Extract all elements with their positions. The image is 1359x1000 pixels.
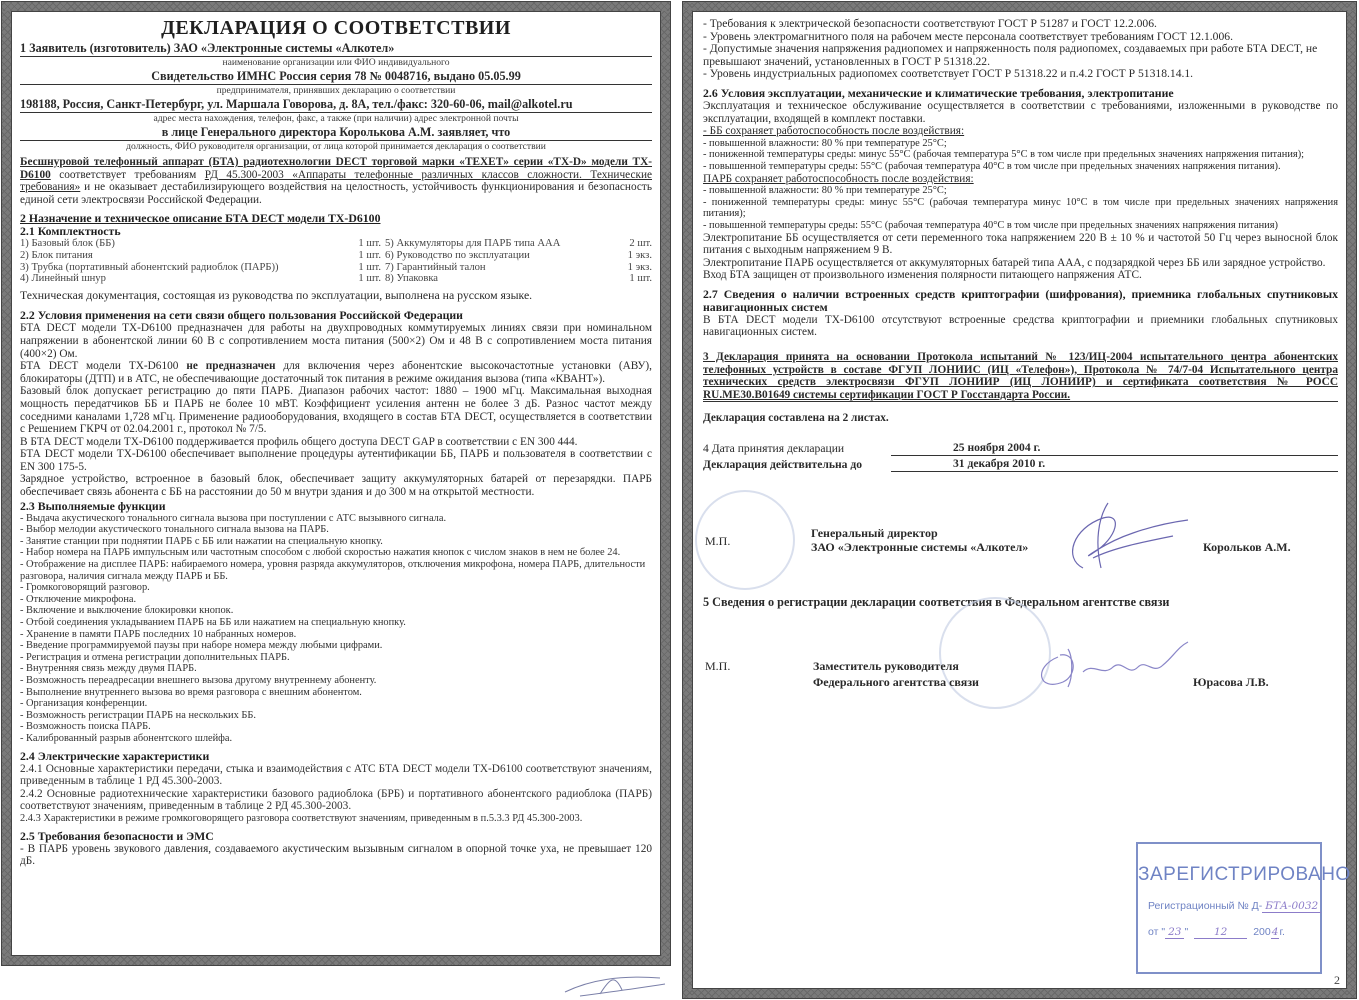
stamp-reg-line: Регистрационный № Д-БТА-0032 — [1148, 900, 1320, 912]
stamp-day: 23 — [1165, 926, 1184, 939]
valid-until-row: Декларация действительна до 31 декабря 2… — [703, 457, 1338, 472]
s25-continued: - Требования к электрической безопасност… — [703, 18, 1338, 31]
director-line: в лице Генерального директора Королькова… — [20, 125, 652, 141]
stamp-reg-label: Регистрационный № Д- — [1148, 900, 1262, 912]
function-item: - Отключение микрофона. — [20, 594, 652, 606]
kit-item: 6) Руководство по эксплуатации — [385, 250, 615, 262]
kit-table: 1) Базовый блок (ББ)1 шт. 5) Аккумулятор… — [20, 238, 652, 284]
kit-qty: 2 шт. — [619, 238, 652, 250]
caption-entrepreneur: предпринимателя, принявших декларацию о … — [20, 85, 652, 97]
signer-2-org: Федерального агентства связи — [813, 675, 979, 689]
kit-qty: 1 шт. — [619, 273, 652, 285]
bb-item: - пониженной температуры среды: минус 55… — [703, 149, 1338, 161]
function-item: - Внутренняя связь между двумя ПАРБ. — [20, 663, 652, 675]
tech-doc-note: Техническая документация, состоящая из р… — [20, 289, 652, 302]
section-2-6-title: 2.6 Условия эксплуатации, механические и… — [703, 87, 1338, 100]
function-item: - Выдача акустического тонального сигнал… — [20, 513, 652, 525]
applicant-signature-block: М.П. Генеральный директор ЗАО «Электронн… — [703, 520, 1338, 576]
function-item: - Возможность поиска ПАРБ. — [20, 721, 652, 733]
signer-2-name: Юрасова Л.В. — [1193, 675, 1269, 689]
power-paragraph: Электропитание ПАРБ осуществляется от ак… — [703, 257, 1338, 270]
s22-paragraph: БТА DECT модели TX-D6100 не предназначен… — [20, 360, 652, 385]
document-title: ДЕКЛАРАЦИЯ О СООТВЕТСТВИИ — [20, 16, 652, 40]
s22-paragraph: БТА DECT модели TX-D6100 предназначен дл… — [20, 322, 652, 360]
section-2-2-title: 2.2 Условия применения на сети связи общ… — [20, 309, 652, 322]
section-3-text: 3 Декларация принята на основании Проток… — [703, 351, 1338, 402]
signer-1-name: Корольков А.М. — [1203, 540, 1291, 554]
stamp-year-prefix: 200 — [1253, 926, 1271, 938]
stamp-title: ЗАРЕГИСТРИРОВАНО — [1138, 864, 1320, 886]
stamp-year-suffix: г. — [1279, 926, 1284, 938]
stamp-date-prefix: от " — [1148, 926, 1165, 938]
function-item: - Отображение на дисплее ПАРБ: набираемо… — [20, 559, 652, 582]
s22-paragraph: БТА DECT модели TX-D6100 обеспечивает вы… — [20, 448, 652, 473]
function-item: - Регистрация и отмена регистрации допол… — [20, 652, 652, 664]
parb-item: - повышенной температуры среды: 55°С (ра… — [703, 220, 1338, 232]
address-line: 198188, Россия, Санкт-Петербург, ул. Мар… — [20, 97, 652, 113]
declaration-page-1: ДЕКЛАРАЦИЯ О СООТВЕТСТВИИ 1 Заявитель (и… — [2, 2, 670, 965]
stamp-month: 12 — [1194, 926, 1247, 939]
s22-paragraph: В БТА DECT модели TX-D6100 поддерживаетс… — [20, 436, 652, 449]
function-item: - Выбор мелодии акустического тонального… — [20, 524, 652, 536]
function-item: - Хранение в памяти ПАРБ последних 10 на… — [20, 629, 652, 641]
s25-continued: - Уровень индустриальных радиопомех соот… — [703, 68, 1338, 81]
bb-item: - повышенной температуры среды: 55°С (ра… — [703, 161, 1338, 173]
kit-item: 7) Гарантийный талон — [385, 262, 615, 274]
kit-item: 8) Упаковка — [385, 273, 615, 285]
caption-director: должность, ФИО руководителя организации,… — [20, 141, 652, 153]
seal-place-label: М.П. — [705, 534, 730, 548]
signature-mark — [560, 970, 670, 1000]
section-2-7-title: 2.7 Сведения о наличии встроенных средст… — [703, 288, 1338, 314]
kit-qty: 1 шт. — [319, 262, 381, 274]
kit-item: 5) Аккумуляторы для ПАРБ типа ААА — [385, 238, 615, 250]
page-number: 2 — [1334, 973, 1340, 988]
parb-item: - пониженной температуры среды: минус 55… — [703, 197, 1338, 220]
acceptance-date-row: 4 Дата принятия декларации 25 ноября 200… — [703, 441, 1338, 456]
acceptance-date-value: 25 ноября 2004 г. — [891, 441, 1338, 456]
signer-2-title: Заместитель руководителя — [813, 659, 959, 673]
seal-place-label: М.П. — [705, 659, 730, 673]
s22-paragraph: Базовый блок допускает регистрацию до пя… — [20, 385, 652, 435]
function-item: - Отбой соединения укладыванием ПАРБ на … — [20, 617, 652, 629]
s25-paragraph: - В ПАРБ уровень звукового давления, соз… — [20, 843, 652, 868]
signature-2 — [1028, 637, 1198, 697]
s24-paragraph: 2.4.3 Характеристики в режиме громкогово… — [20, 813, 652, 825]
kit-qty: 1 экз. — [619, 262, 652, 274]
s22-paragraph: Зарядное устройство, встроенное в базовы… — [20, 473, 652, 498]
certificate-line: Свидетельство ИМНС Россия серия 78 № 004… — [20, 69, 652, 85]
product-middle: соответствует требованиям — [51, 169, 205, 181]
function-item: - Выполнение внутреннего вызова во время… — [20, 687, 652, 699]
section-2-1-title: 2.1 Комплектность — [20, 225, 652, 238]
bb-heading: - ББ сохраняет работоспособность после в… — [703, 125, 1338, 138]
valid-until-value: 31 декабря 2010 г. — [891, 457, 1338, 472]
signer-1-org: ЗАО «Электронные системы «Алкотел» — [811, 540, 1028, 554]
s22-text: БТА DECT модели TX-D6100 — [20, 360, 186, 372]
kit-item: 4) Линейный шнур — [20, 273, 315, 285]
valid-until-label: Декларация действительна до — [703, 458, 891, 472]
signature-1 — [1023, 498, 1193, 578]
bb-item: - повышенной влажности: 80 % при темпера… — [703, 138, 1338, 150]
signer-1-title: Генеральный директор — [811, 526, 938, 540]
s26-intro: Эксплуатация и техническое обслуживание … — [703, 100, 1338, 125]
function-item: - Калиброванный разрыв абонентского шлей… — [20, 733, 652, 745]
declaration-page-2: - Требования к электрической безопасност… — [683, 2, 1356, 998]
kit-qty: 1 экз. — [619, 250, 652, 262]
acceptance-date-label: 4 Дата принятия декларации — [703, 442, 891, 456]
section-2-5-title: 2.5 Требования безопасности и ЭМС — [20, 830, 652, 843]
parb-item: - повышенной влажности: 80 % при темпера… — [703, 185, 1338, 197]
function-item: - Введение программируемой паузы при наб… — [20, 640, 652, 652]
product-rest: и не оказывает дестабилизирующего воздей… — [20, 181, 652, 206]
function-item: - Включение и выключение блокировки кноп… — [20, 605, 652, 617]
power-paragraph: Электропитание ББ осуществляется от сети… — [703, 232, 1338, 257]
caption-address: адрес места нахождения, телефон, факс, а… — [20, 113, 652, 125]
applicant-line: 1 Заявитель (изготовитель) ЗАО «Электрон… — [20, 41, 652, 57]
function-item: - Занятие станции при поднятии ПАРБ с ББ… — [20, 536, 652, 548]
function-item: - Организация конференции. — [20, 698, 652, 710]
parb-heading: ПАРБ сохраняет работоспособность после в… — [703, 173, 1338, 186]
function-item: - Громкоговорящий разговор. — [20, 582, 652, 594]
kit-item: 3) Трубка (портативный абонентский радио… — [20, 262, 315, 274]
kit-qty: 1 шт. — [319, 238, 381, 250]
function-item: - Набор номера на ПАРБ импульсным или ча… — [20, 547, 652, 559]
stamp-reg-number: БТА-0032 — [1262, 900, 1321, 913]
s24-paragraph: 2.4.2 Основные радиотехнические характер… — [20, 788, 652, 813]
kit-item: 1) Базовый блок (ББ) — [20, 238, 315, 250]
kit-item: 2) Блок питания — [20, 250, 315, 262]
stamp-date-line: от "23" 12 2004г. — [1148, 926, 1320, 938]
section-2-3-title: 2.3 Выполняемые функции — [20, 500, 652, 513]
caption-org: наименование организации или ФИО индивид… — [20, 57, 652, 69]
product-statement: Бесшнуровой телефонный аппарат (БТА) рад… — [20, 156, 652, 206]
kit-qty: 1 шт. — [319, 273, 381, 285]
registration-stamp: ЗАРЕГИСТРИРОВАНО Регистрационный № Д-БТА… — [1136, 842, 1322, 974]
kit-qty: 1 шт. — [319, 250, 381, 262]
section-2-4-title: 2.4 Электрические характеристики — [20, 750, 652, 763]
sheets-count: Декларация составлена на 2 листах. — [703, 412, 1338, 425]
s27-text: В БТА DECT модели TX-D6100 отсутствуют в… — [703, 314, 1338, 339]
functions-list: - Выдача акустического тонального сигнал… — [20, 513, 652, 745]
function-item: - Возможность переадресации внешнего выз… — [20, 675, 652, 687]
s25-continued: - Допустимые значения напряжения радиопо… — [703, 43, 1338, 68]
function-item: - Возможность регистрации ПАРБ на нескол… — [20, 710, 652, 722]
power-paragraph: Вход БТА защищен от произвольного измене… — [703, 269, 1338, 282]
agency-signature-block: М.П. Заместитель руководителя Федерально… — [703, 659, 1338, 715]
page-1-content: ДЕКЛАРАЦИЯ О СООТВЕТСТВИИ 1 Заявитель (и… — [20, 16, 652, 955]
s24-paragraph: 2.4.1 Основные характеристики передачи, … — [20, 763, 652, 788]
s22-bold: не предназначен — [186, 360, 275, 372]
